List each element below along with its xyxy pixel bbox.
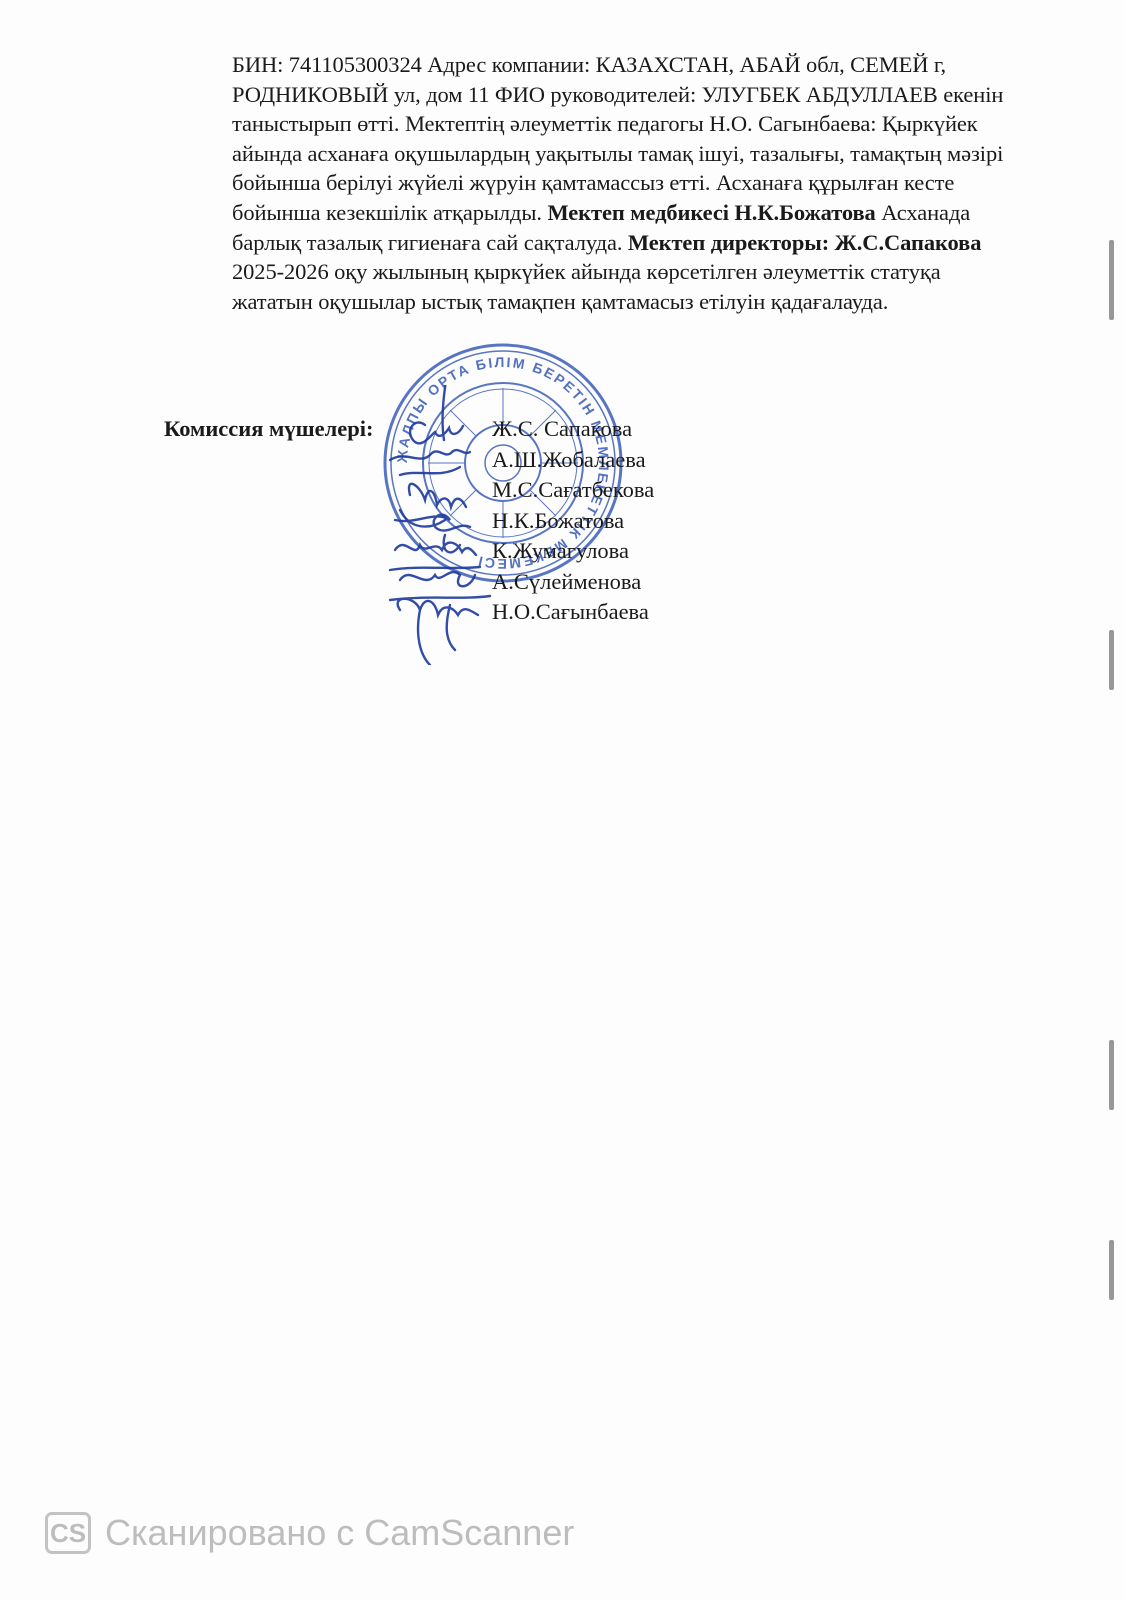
report-paragraph-3: 2025-2026 оқу жылының қыркүйек айында кө…: [232, 259, 941, 314]
scan-edge-artifact: [1109, 240, 1114, 320]
school-director-label: Мектеп директоры: Ж.С.Сапакова: [628, 230, 981, 255]
scanned-document-page: БИН: 741105300324 Адрес компании: КАЗАХС…: [0, 0, 1124, 1600]
report-body-text: БИН: 741105300324 Адрес компании: КАЗАХС…: [232, 50, 1012, 316]
commission-members-list: Ж.С. Сапакова А.Ш.Жобалаева М.С.Сағатбек…: [492, 414, 654, 628]
camscanner-watermark: CS Сканировано с CamScanner: [45, 1509, 574, 1557]
handwritten-signatures: [380, 385, 500, 665]
commission-member: Н.К.Божатова: [492, 506, 654, 537]
scan-edge-artifact: [1109, 1040, 1114, 1110]
camscanner-watermark-text: Сканировано с CamScanner: [105, 1512, 574, 1554]
scan-edge-artifact: [1109, 630, 1114, 690]
commission-member: Н.О.Сағынбаева: [492, 597, 654, 628]
commission-member: К.Жумагулова: [492, 536, 654, 567]
commission-member: А.Сүлейменова: [492, 567, 654, 598]
commission-member: Ж.С. Сапакова: [492, 414, 654, 445]
camscanner-logo-icon: CS: [45, 1512, 91, 1554]
commission-member: А.Ш.Жобалаева: [492, 445, 654, 476]
school-nurse-label: Мектеп медбикесі Н.К.Божатова: [547, 200, 875, 225]
scan-edge-artifact: [1109, 1240, 1114, 1300]
commission-label: Комиссия мүшелері:: [164, 414, 373, 445]
commission-member: М.С.Сағатбекова: [492, 475, 654, 506]
